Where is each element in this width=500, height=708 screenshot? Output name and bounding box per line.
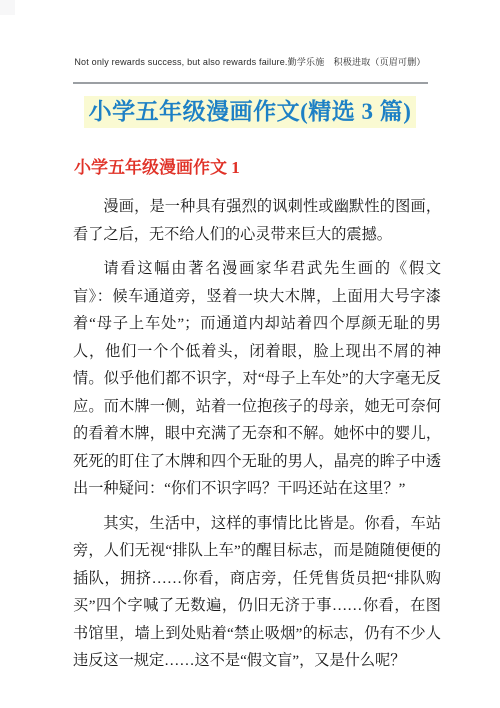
document-page: Not only rewards success, but also rewar…	[0, 0, 500, 708]
corner-artifact	[0, 0, 15, 15]
paragraph-3: 其实，生活中，这样的事情比比皆是。你看，车站旁，人们无视“排队上车”的醒目标志，…	[73, 510, 441, 675]
section-heading: 小学五年级漫画作文 1	[74, 153, 240, 178]
paragraph-2: 请看这幅由著名漫画家华君武先生画的《假文盲》：候车通道旁，竖着一块大木牌，上面用…	[73, 255, 441, 503]
document-body: 漫画，是一种具有强烈的讽刺性或幽默性的图画，看了之后，无不给人们的心灵带来巨大的…	[73, 193, 441, 682]
header-divider	[73, 82, 428, 84]
document-title: 小学五年级漫画作文(精选 3 篇)	[0, 93, 500, 126]
page-header-text: Not only rewards success, but also rewar…	[0, 55, 500, 68]
paragraph-1: 漫画，是一种具有强烈的讽刺性或幽默性的图画，看了之后，无不给人们的心灵带来巨大的…	[73, 193, 441, 248]
document-title-text: 小学五年级漫画作文(精选 3 篇)	[84, 96, 417, 128]
